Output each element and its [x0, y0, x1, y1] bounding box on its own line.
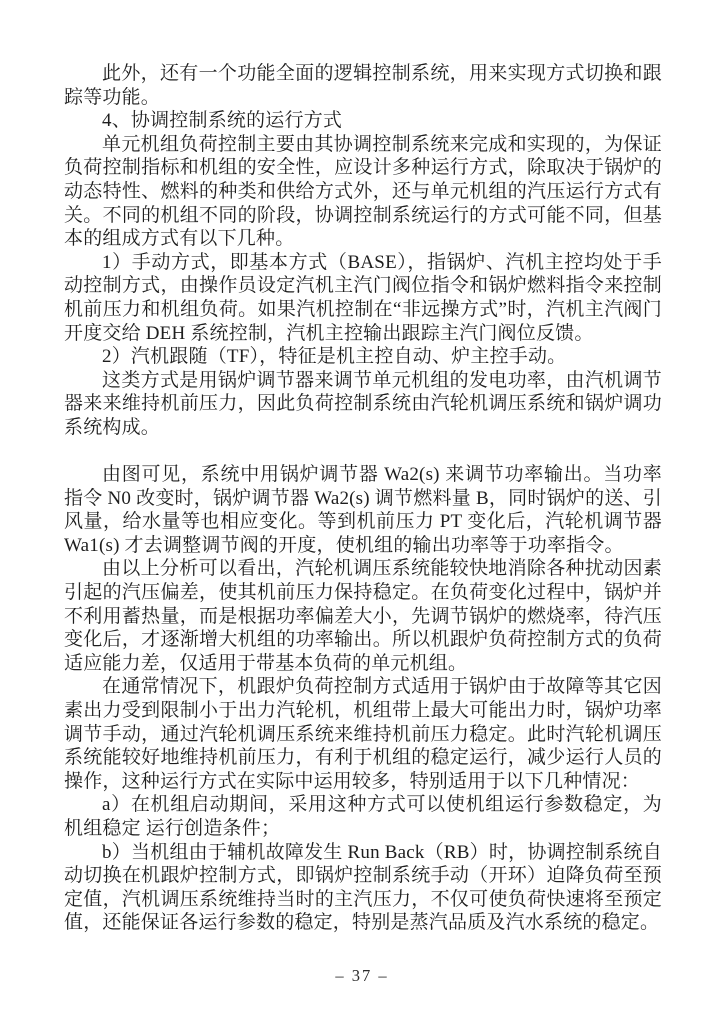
- section-heading: 4、协调控制系统的运行方式: [64, 109, 662, 133]
- paragraph: 这类方式是用锅炉调节器来调节单元机组的发电功率，由汽机调节器来来维持机前压力，因…: [64, 369, 662, 440]
- paragraph-intro: 此外，还有一个功能全面的逻辑控制系统，用来实现方式切换和跟踪等功能。: [64, 62, 662, 109]
- paragraph: 由图可见，系统中用锅炉调节器 Wa2(s) 来调节功率输出。当功率指令 N0 改…: [64, 463, 662, 557]
- paragraph: 单元机组负荷控制主要由其协调控制系统来完成和实现的，为保证负荷控制指标和机组的安…: [64, 133, 662, 251]
- paragraph-manual-mode: 1）手动方式，即基本方式（BASE），指锅炉、汽机主控均处于手动控制方式，由操作…: [64, 251, 662, 345]
- page-number: – 37 –: [0, 966, 724, 986]
- paragraph: 在通常情况下，机跟炉负荷控制方式适用于锅炉由于故障等其它因素出力受到限制小于出力…: [64, 675, 662, 793]
- paragraph-item-b: b）当机组由于辅机故障发生 Run Back（RB）时，协调控制系统自动切换在机…: [64, 841, 662, 935]
- document-page: 此外，还有一个功能全面的逻辑控制系统，用来实现方式切换和跟踪等功能。 4、协调控…: [0, 0, 724, 1024]
- blank-line: [64, 440, 662, 464]
- paragraph-item-a: a）在机组启动期间，采用这种方式可以使机组运行参数稳定，为机组稳定 运行创造条件…: [64, 793, 662, 840]
- paragraph: 由以上分析可以看出，汽轮机调压系统能较快地消除各种扰动因素引起的汽压偏差，使其机…: [64, 557, 662, 675]
- document-text-block: 此外，还有一个功能全面的逻辑控制系统，用来实现方式切换和跟踪等功能。 4、协调控…: [64, 62, 662, 935]
- paragraph-turbine-follow: 2）汽机跟随（TF），特征是机主控自动、炉主控手动。: [64, 345, 662, 369]
